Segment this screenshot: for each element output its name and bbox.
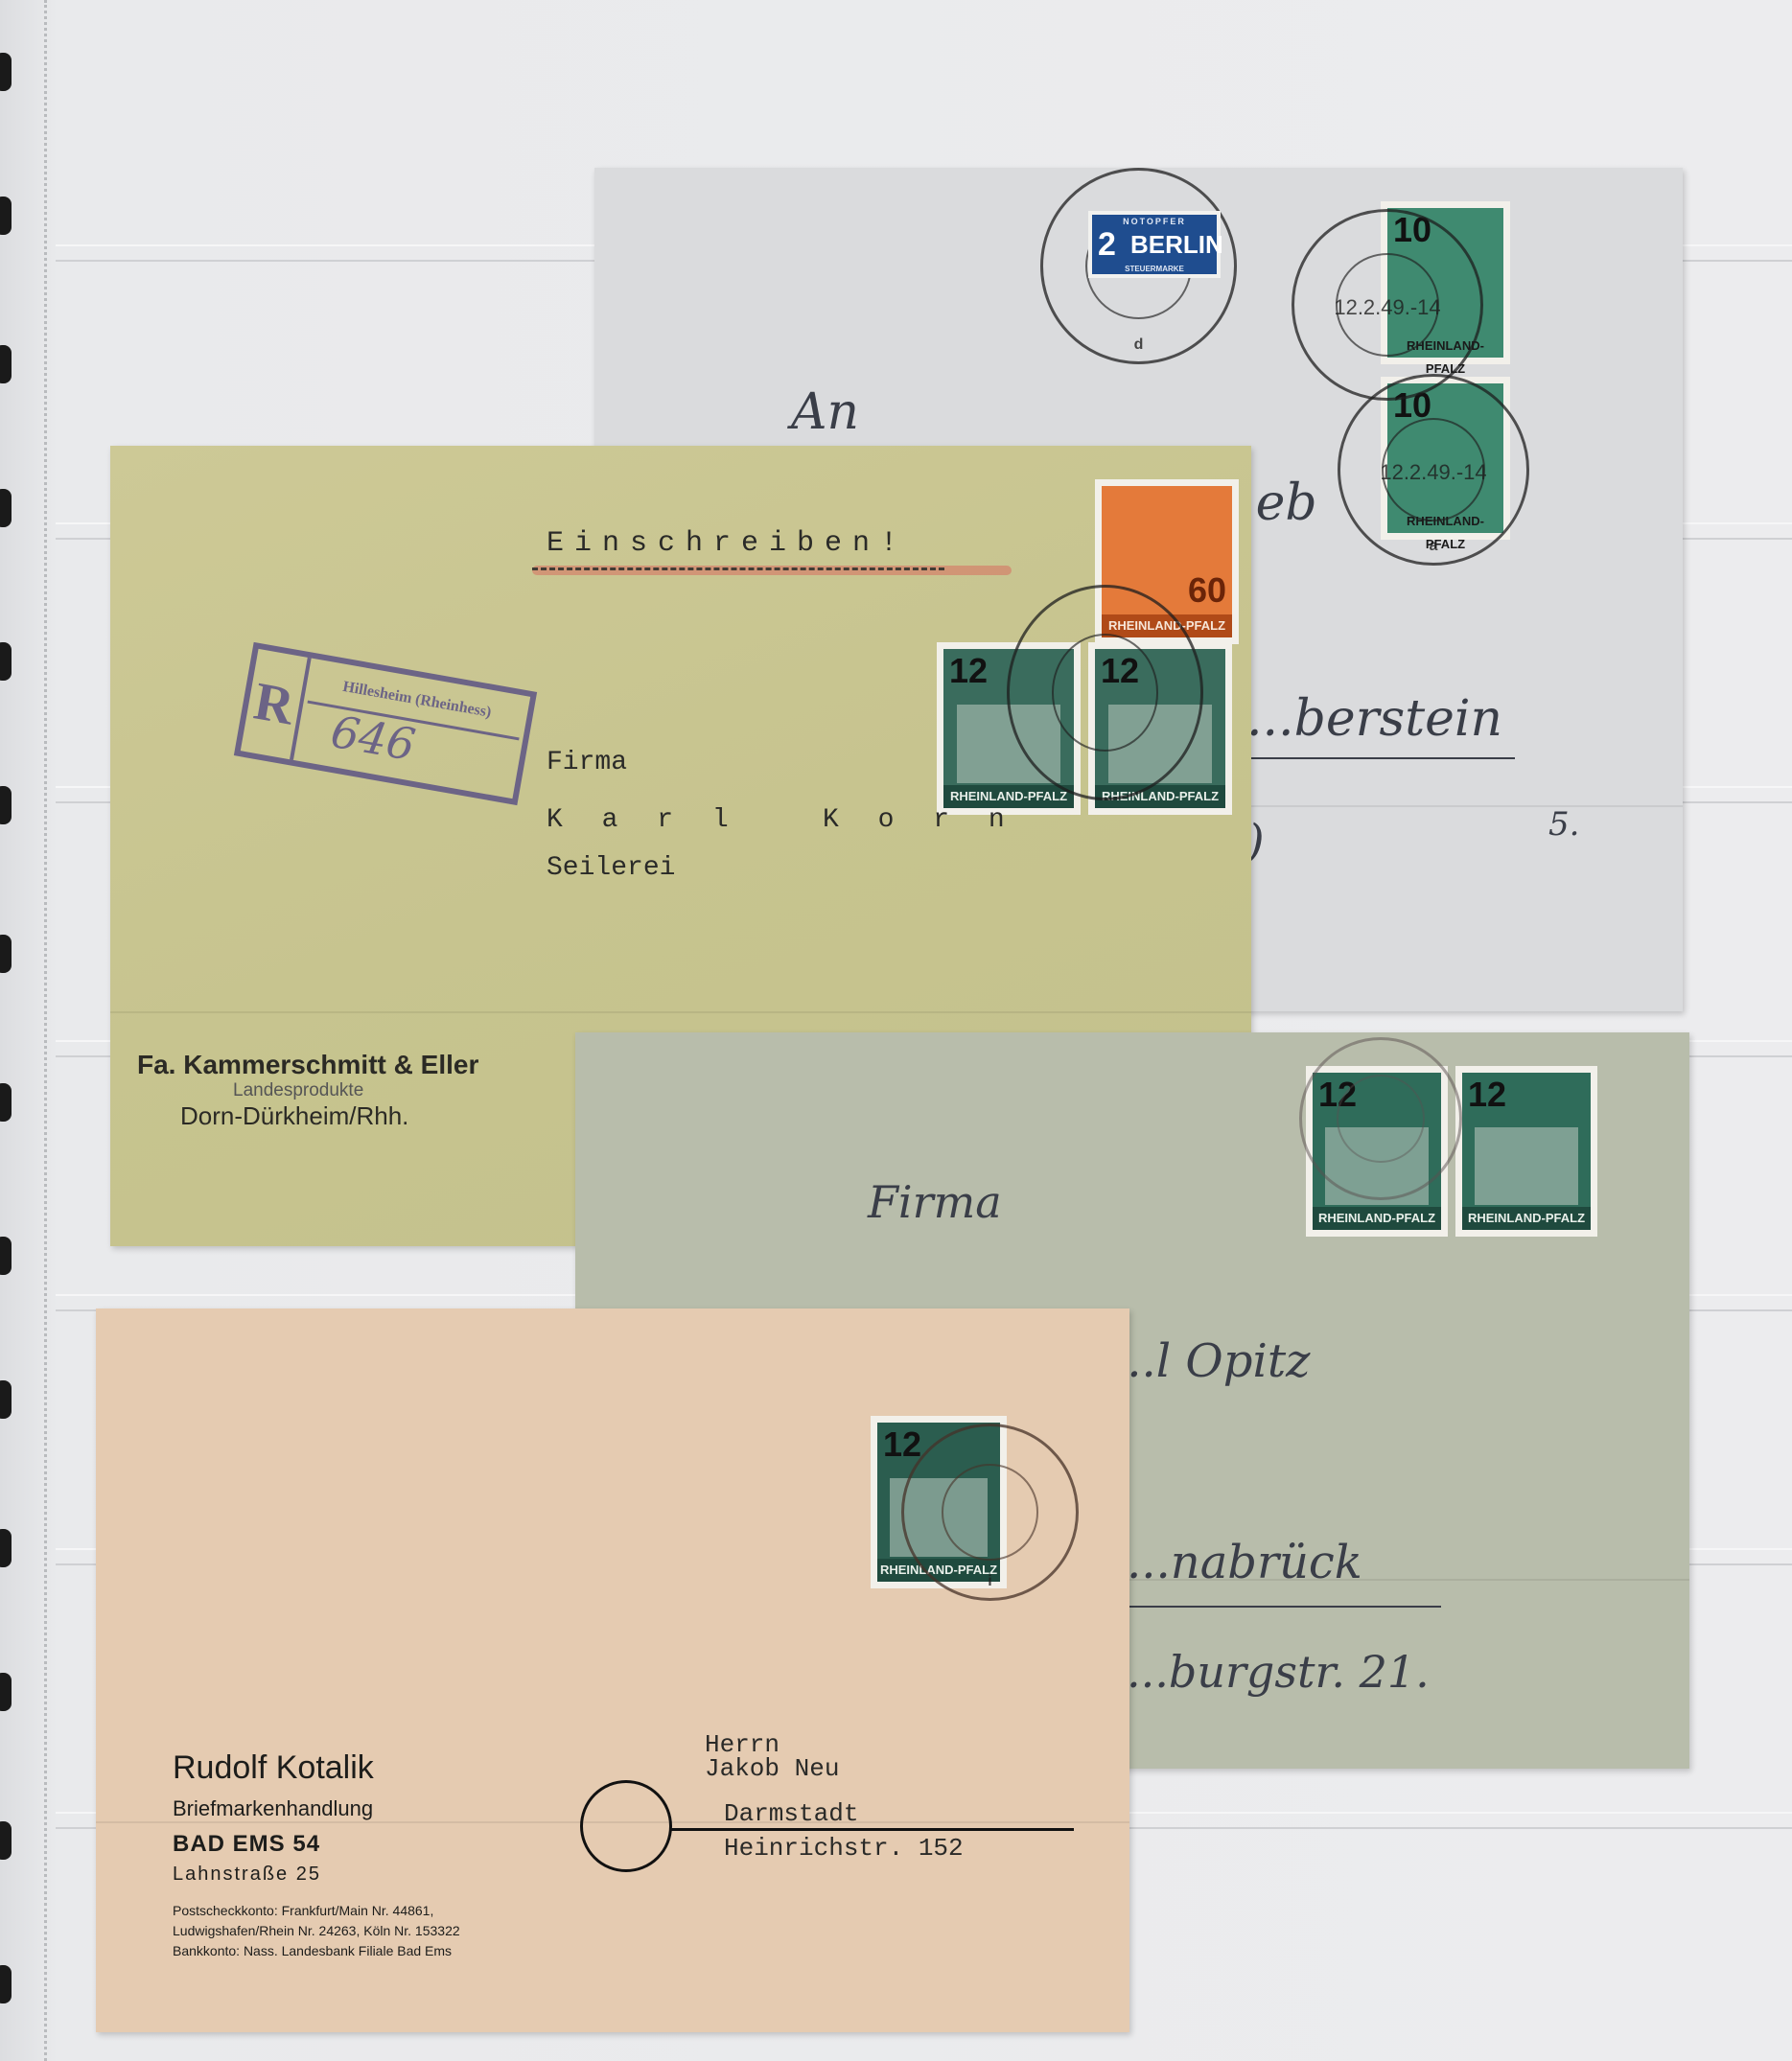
postmark [1007, 585, 1203, 800]
postmark: 12.2.49.-14 [1292, 209, 1483, 401]
binder-hole [0, 786, 12, 824]
binder-hole [0, 1083, 12, 1122]
binder-hole [0, 642, 12, 681]
binder-hole [0, 489, 12, 527]
address-circle [580, 1780, 672, 1872]
postmark: i [901, 1424, 1079, 1601]
binder-hole [0, 345, 12, 383]
postmark [1299, 1037, 1462, 1200]
address-rule [669, 1828, 1074, 1831]
binder-hole [0, 1380, 12, 1419]
stamp-notopfer-berlin: NOTOPFER 2 BERLIN STEUERMARKE [1088, 211, 1221, 278]
binder-hole [0, 1821, 12, 1860]
postmark: 12.2.49.-14 a [1338, 374, 1529, 566]
binder-hole [0, 1965, 12, 2003]
binder-hole [0, 1237, 12, 1275]
binder-hole [0, 197, 12, 235]
binder-hole [0, 53, 12, 91]
perforation-line [44, 0, 47, 2061]
cover-kotalik: 12RHEINLAND-PFALZ i Rudolf Kotalik Brief… [96, 1308, 1129, 2032]
sender-imprint: Rudolf Kotalik Briefmarkenhandlung BAD E… [173, 1749, 460, 1961]
binder-hole [0, 1529, 12, 1567]
stamp-porta-nigra-12: 12RHEINLAND-PFALZ [1455, 1066, 1597, 1237]
binder-hole [0, 1673, 12, 1711]
binder-hole [0, 935, 12, 973]
sender-imprint: Fa. Kammerschmitt & Eller Landesprodukte… [137, 1050, 478, 1131]
registration-label: R Hillesheim (Rheinhess) 646 [234, 642, 537, 805]
